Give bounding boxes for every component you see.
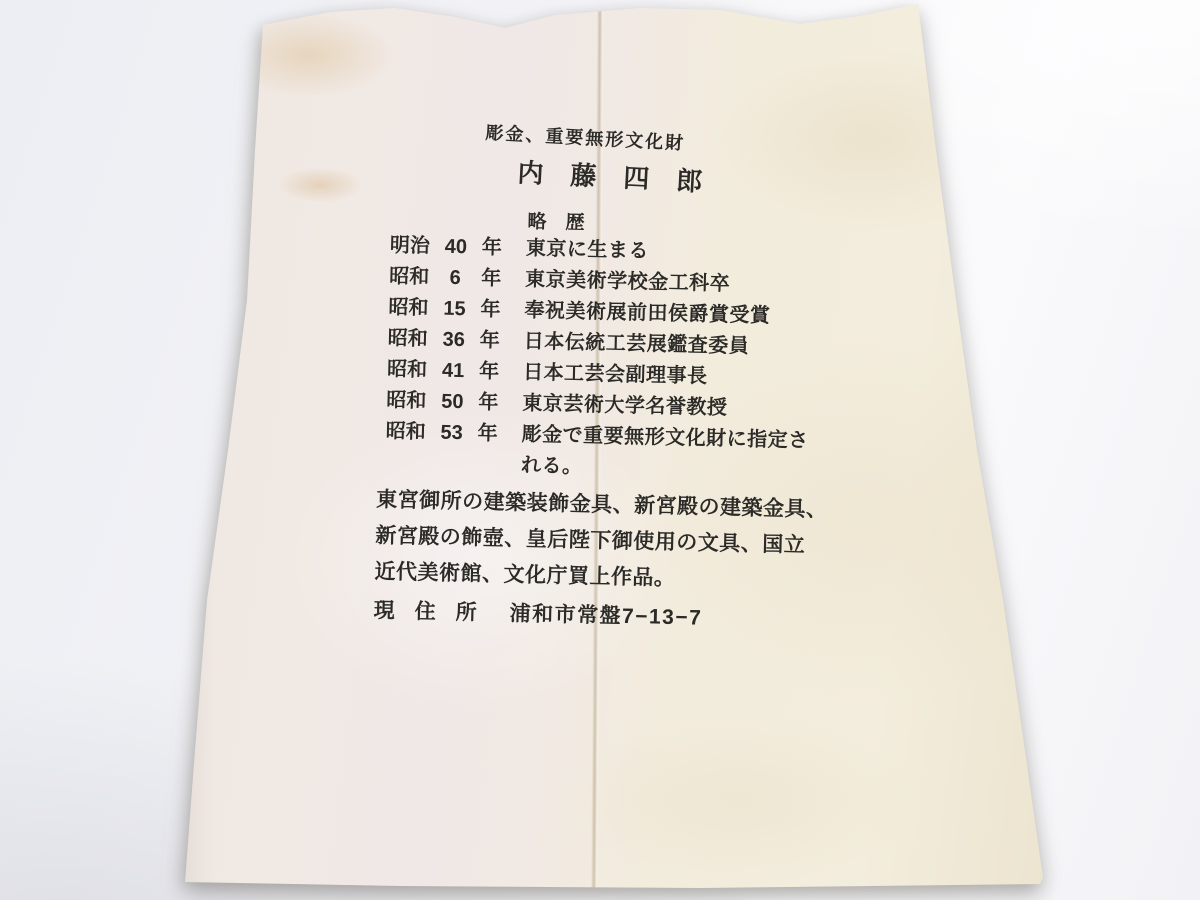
history-year: 昭和 53 年 [385,416,498,481]
era-label: 昭和 [385,416,426,479]
history-year: 明治 40 年 [390,230,503,264]
address-value: 浦和市常盤7−13−7 [509,597,702,631]
year-unit: 年 [482,233,503,264]
era-label: 昭和 [388,292,429,324]
section-heading: 略歴 [527,207,604,236]
era-label: 明治 [390,230,431,262]
paper-sheet: 彫金、重要無形文化財 内藤四郎 略歴 明治 40 年 東京に生まる [180,0,1050,895]
career-history-list: 明治 40 年 東京に生まる 昭和 6 年 東京美術学校金工科卒 [385,230,827,488]
year-unit: 年 [481,264,502,295]
history-row: 昭和 53 年 彫金で重要無形文化財に指定される。 [385,416,822,488]
history-year: 昭和 15 年 [388,292,501,326]
year-number: 50 [441,387,464,418]
history-year: 昭和 50 年 [386,385,499,419]
era-label: 昭和 [389,261,430,293]
photo-scene: 彫金、重要無形文化財 内藤四郎 略歴 明治 40 年 東京に生まる [0,0,1200,900]
works-paragraph: 東宮御所の建築装飾金具、新宮殿の建築金具、 新宮殿の飾壺、皇后陛下御使用の文具、… [374,482,828,600]
year-unit: 年 [477,419,498,481]
era-label: 昭和 [387,323,428,355]
printed-text: 彫金、重要無形文化財 内藤四郎 略歴 明治 40 年 東京に生まる [169,0,1059,900]
era-label: 昭和 [387,354,428,386]
year-number: 36 [442,325,465,356]
year-number: 53 [440,418,464,480]
year-number: 41 [442,356,465,387]
year-number: 15 [443,294,466,325]
year-unit: 年 [479,326,500,357]
year-number: 40 [444,232,467,263]
paper-shadow: 彫金、重要無形文化財 内藤四郎 略歴 明治 40 年 東京に生まる [0,0,1200,900]
year-unit: 年 [479,357,500,388]
history-year: 昭和 41 年 [387,354,500,388]
history-year: 昭和 36 年 [387,323,500,357]
history-event: 彫金で重要無形文化財に指定される。 [521,419,822,488]
era-label: 昭和 [386,385,427,417]
address-line: 現住所 浦和市常盤7−13−7 [373,594,702,631]
year-unit: 年 [480,295,501,326]
address-label: 現住所 [373,594,497,627]
artist-name: 内藤四郎 [517,152,731,200]
history-year: 昭和 6 年 [389,261,502,295]
document-title: 彫金、重要無形文化財 [485,119,686,156]
year-unit: 年 [478,388,499,419]
year-number: 6 [449,263,461,294]
